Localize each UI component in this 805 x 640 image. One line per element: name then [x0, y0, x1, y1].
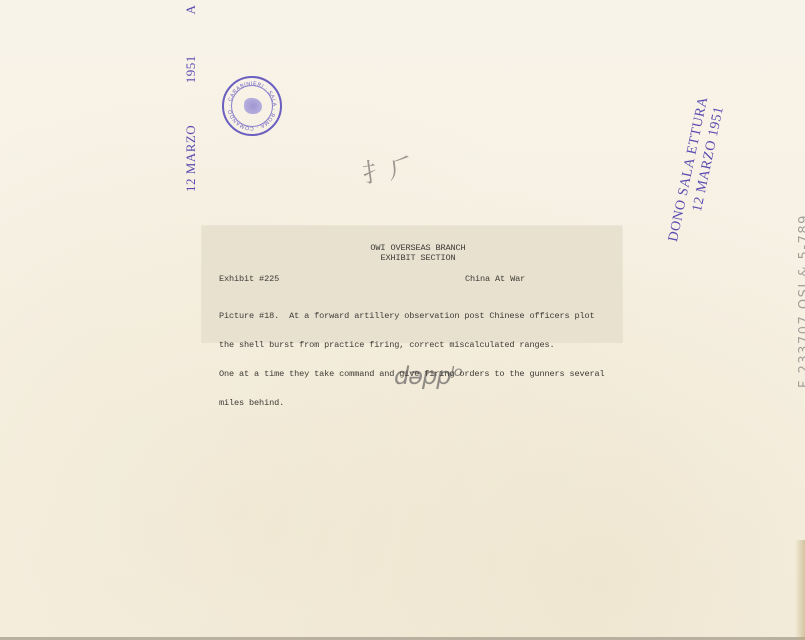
stamp-year: 1951 [183, 55, 198, 83]
left-date-stamp: 12 MARZO 1951 A [183, 5, 199, 192]
caption-label: OWI OVERSEAS BRANCH EXHIBIT SECTION Exhi… [202, 226, 622, 342]
pencil-inventory-number: F 233707 OSI & 5-789 [797, 214, 805, 388]
label-header-line-2: EXHIBIT SECTION [214, 254, 622, 264]
exhibit-number: Exhibit #225 [219, 275, 279, 285]
carabinieri-seal-stamp: · CARABINIERI · SALA · ROMA · COMANDO · [222, 76, 282, 136]
caption-line: miles behind. [219, 399, 605, 409]
paper-stain [795, 540, 805, 640]
caption-body: Picture #18. At a forward artillery obse… [219, 293, 605, 427]
stamp-day: 12 [183, 178, 198, 192]
caption-line: One at a time they take command and give… [219, 370, 605, 380]
caption-line: Picture #18. At a forward artillery obse… [219, 312, 605, 322]
stamp-fragment: A [183, 5, 198, 15]
label-header: OWI OVERSEAS BRANCH EXHIBIT SECTION [202, 244, 622, 263]
pencil-mark-top: ⺘⺁ [360, 147, 417, 191]
exhibit-topic: China At War [465, 275, 525, 285]
stamp-month: MARZO [183, 125, 198, 174]
caption-line: the shell burst from practice firing, co… [219, 341, 605, 351]
seal-emblem-icon [244, 98, 262, 114]
